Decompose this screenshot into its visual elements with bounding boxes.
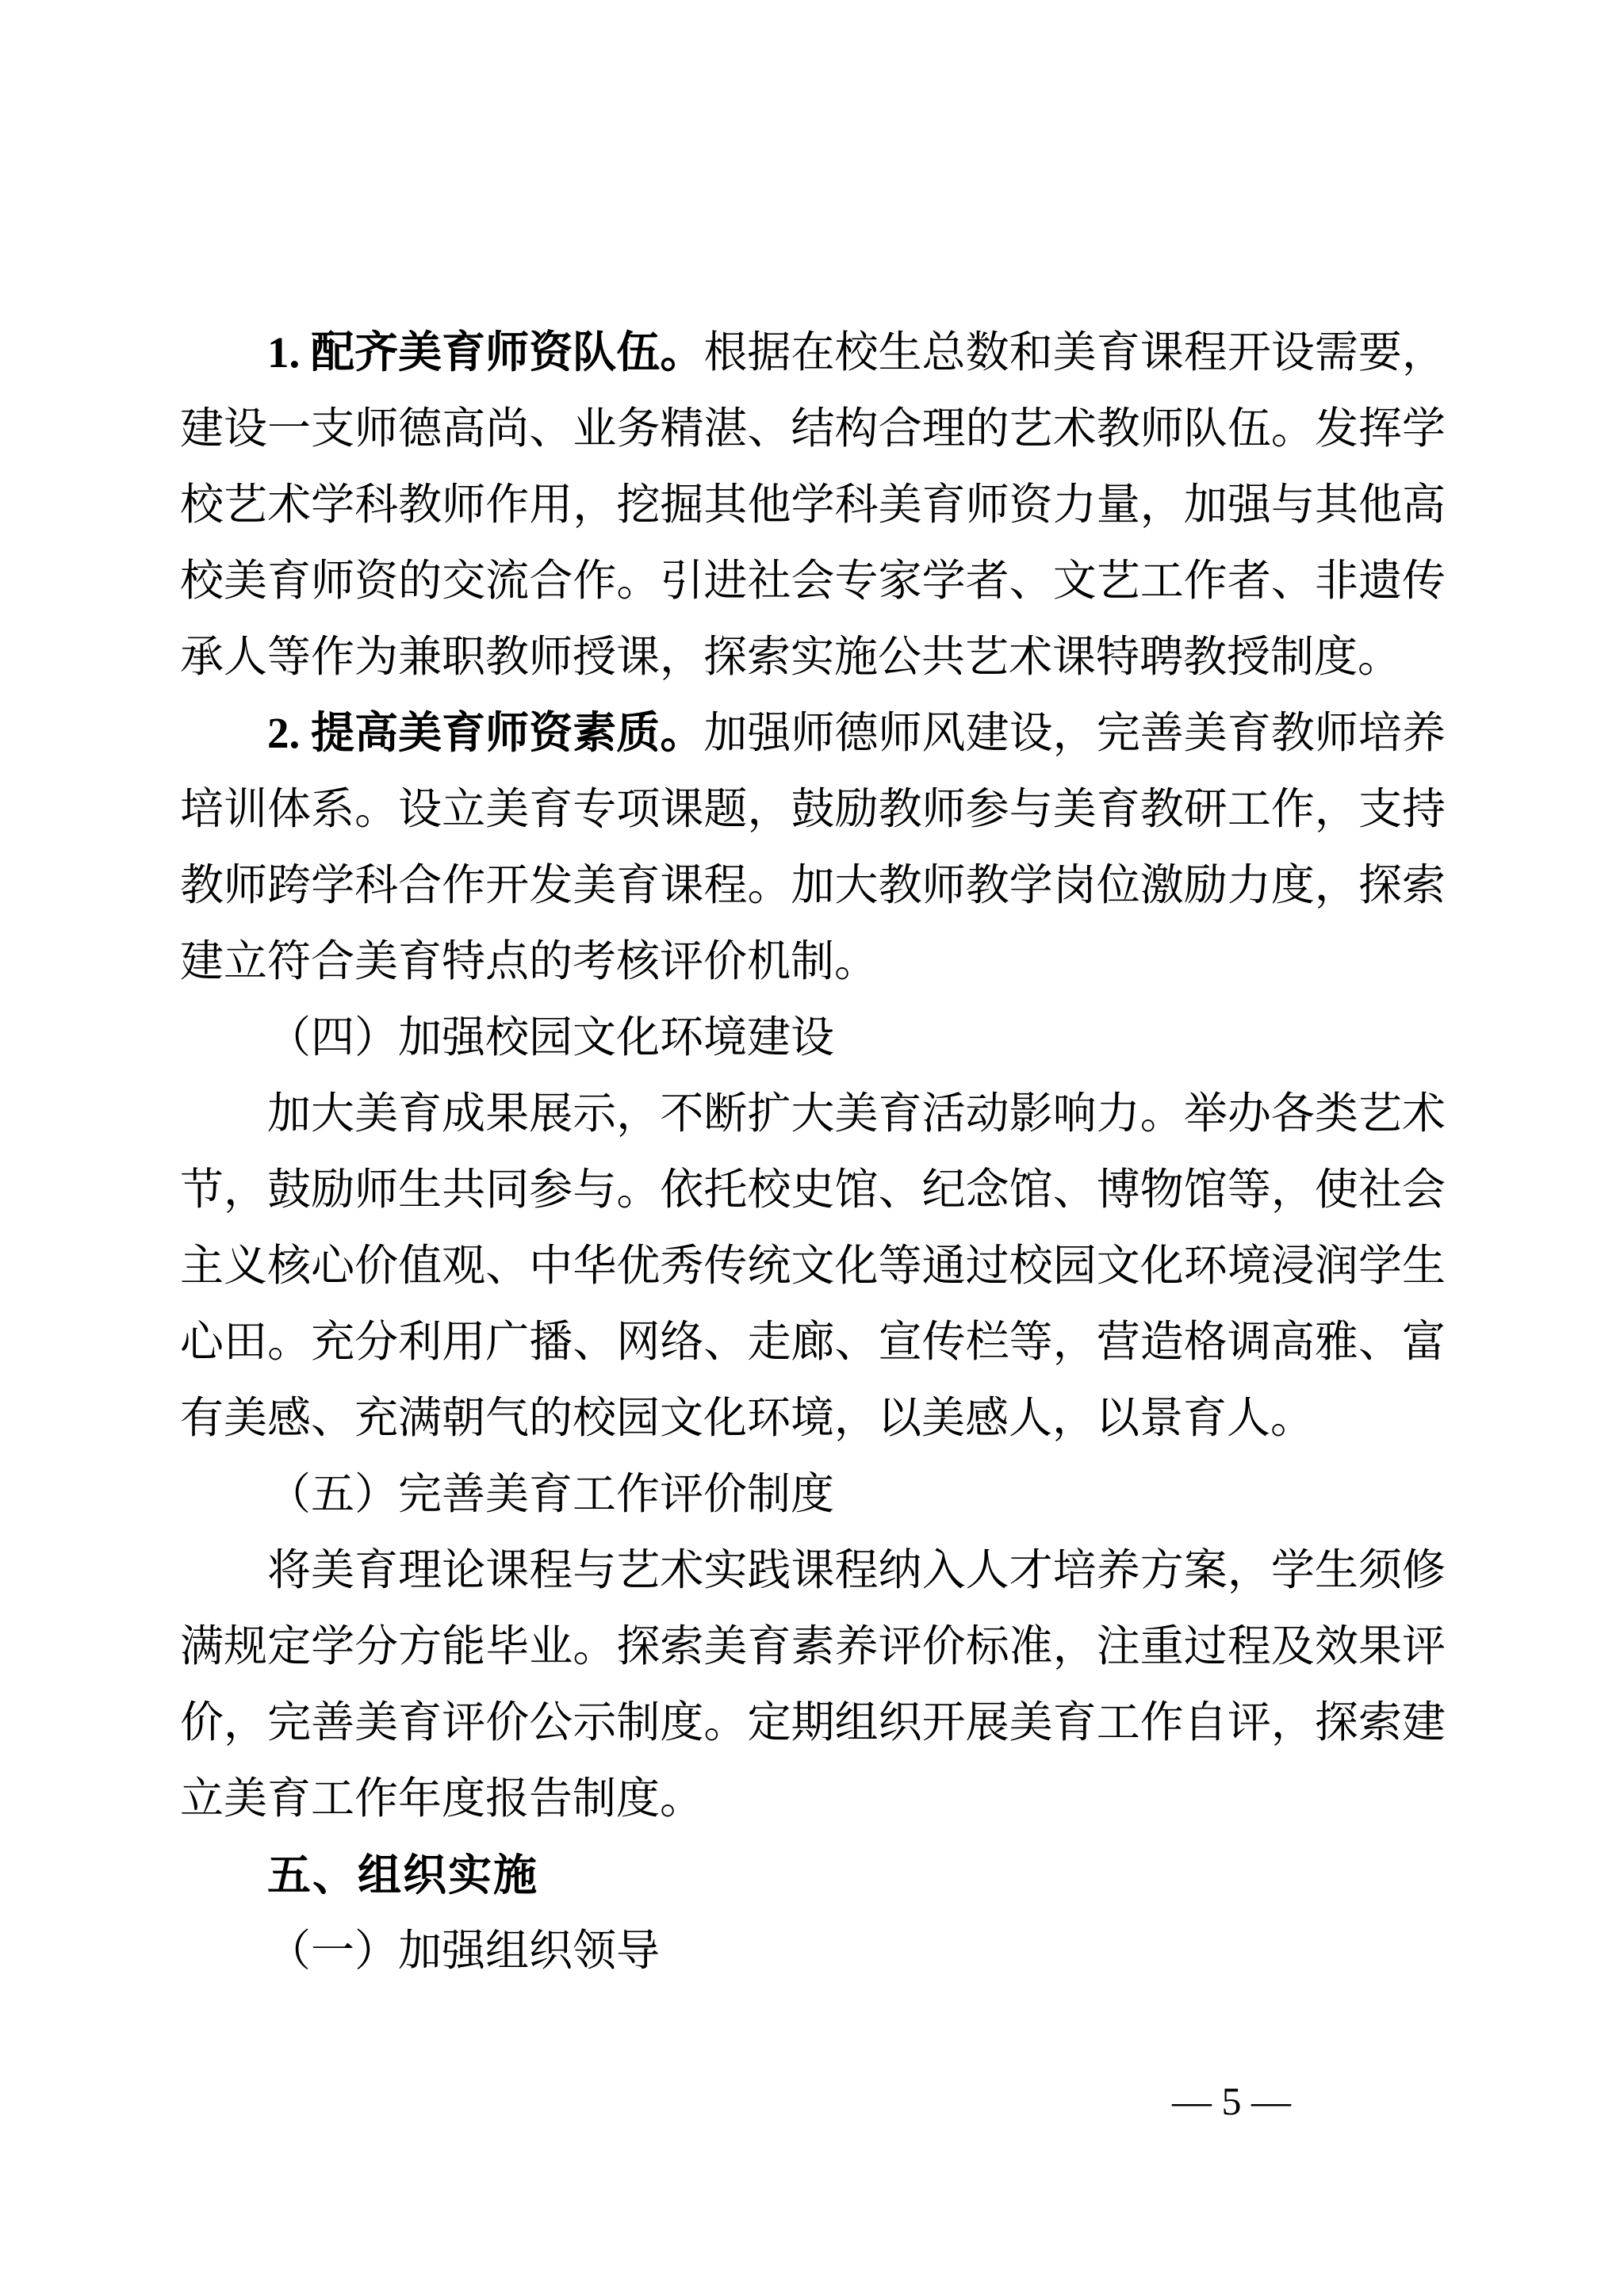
sub-heading-4: （四）加强校园文化环境建设 bbox=[180, 1000, 1446, 1076]
document-page: 1. 配齐美育师资队伍。根据在校生总数和美育课程开设需要，建设一支师德高尚、业务… bbox=[0, 0, 1624, 2296]
sub-heading-5: （五）完善美育工作评价制度 bbox=[180, 1456, 1446, 1533]
numbered-item-1-text: 根据在校生总数和美育课程开设需要，建设一支师德高尚、业务精湛、结构合理的艺术教师… bbox=[180, 328, 1446, 681]
page-number: — 5 — bbox=[1172, 2077, 1291, 2125]
section-heading-implementation: 五、组织实施 bbox=[180, 1837, 1446, 1913]
numbered-item-1-lead: 1. 配齐美育师资队伍。 bbox=[267, 328, 703, 377]
sub-heading-leadership: （一）加强组织领导 bbox=[180, 1913, 1446, 1989]
document-body: 1. 配齐美育师资队伍。根据在校生总数和美育课程开设需要，建设一支师德高尚、业务… bbox=[180, 315, 1446, 1989]
body-paragraph-evaluation: 将美育理论课程与艺术实践课程纳入人才培养方案，学生须修满规定学分方能毕业。探索美… bbox=[180, 1533, 1446, 1837]
body-paragraph-campus-culture: 加大美育成果展示，不断扩大美育活动影响力。举办各类艺术节，鼓励师生共同参与。依托… bbox=[180, 1076, 1446, 1456]
numbered-item-2: 2. 提高美育师资素质。加强师德师风建设，完善美育教师培养培训体系。设立美育专项… bbox=[180, 695, 1446, 1000]
numbered-item-2-lead: 2. 提高美育师资素质。 bbox=[267, 709, 703, 757]
numbered-item-1: 1. 配齐美育师资队伍。根据在校生总数和美育课程开设需要，建设一支师德高尚、业务… bbox=[180, 315, 1446, 695]
